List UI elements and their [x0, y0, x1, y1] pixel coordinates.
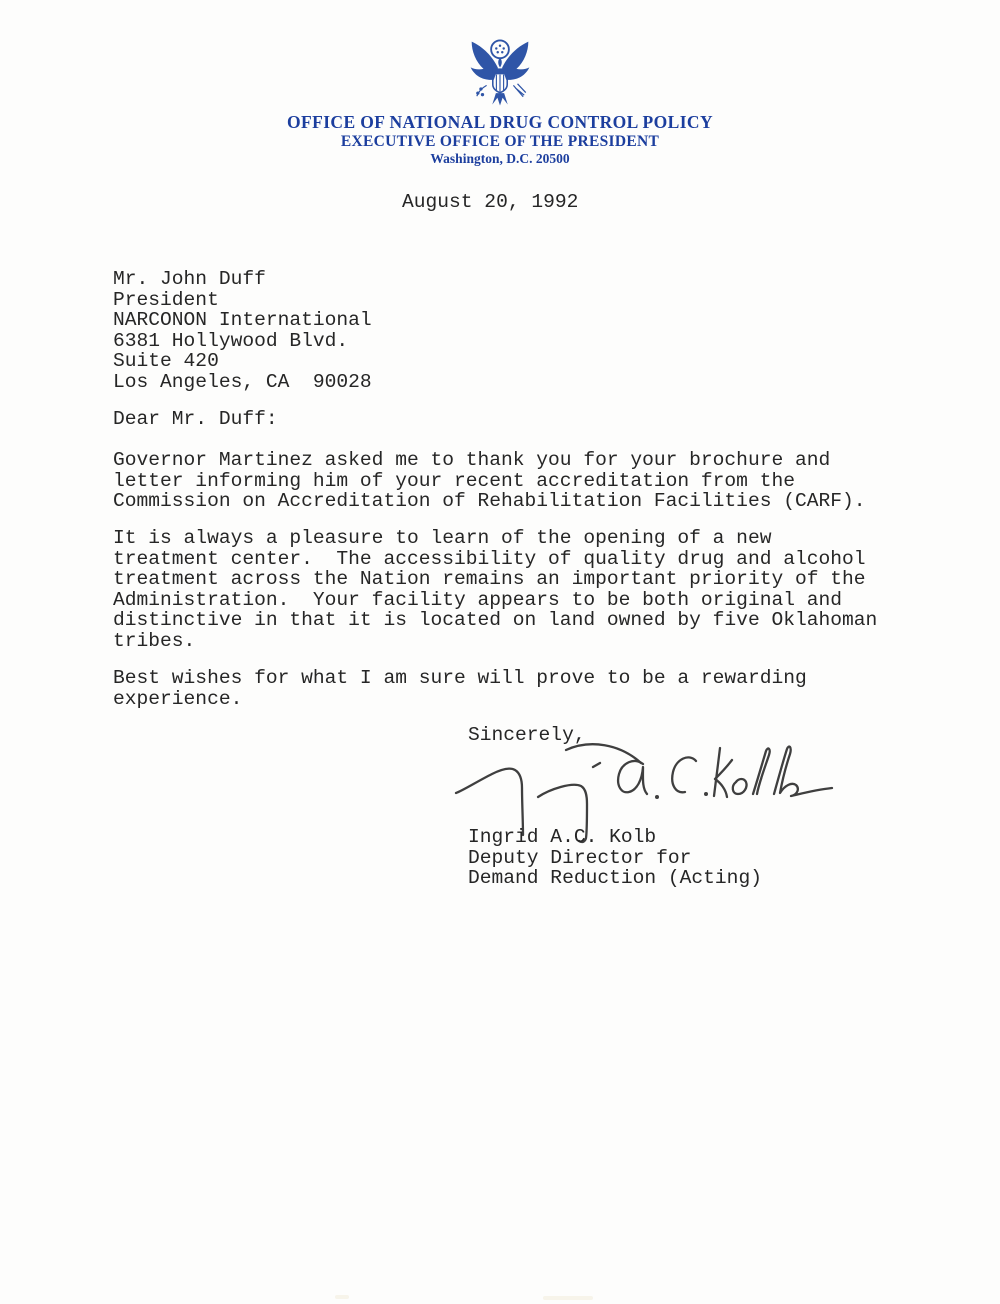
scan-artifact	[335, 1295, 349, 1299]
letterhead-agency: OFFICE OF NATIONAL DRUG CONTROL POLICY	[0, 112, 1000, 133]
body-paragraph-1: Governor Martinez asked me to thank you …	[113, 450, 913, 512]
recipient-name: Mr. John Duff	[113, 269, 372, 290]
signer-name: Ingrid A.C. Kolb	[468, 827, 762, 848]
salutation: Dear Mr. Duff:	[113, 409, 278, 430]
recipient-suite: Suite 420	[113, 351, 372, 372]
us-eagle-seal-icon	[466, 38, 534, 106]
letter-page: OFFICE OF NATIONAL DRUG CONTROL POLICY E…	[0, 0, 1000, 1304]
letter-date: August 20, 1992	[402, 192, 578, 213]
body-paragraph-3: Best wishes for what I am sure will prov…	[113, 668, 913, 709]
recipient-address-block: Mr. John Duff President NARCONON Interna…	[113, 269, 372, 392]
letterhead-office: EXECUTIVE OFFICE OF THE PRESIDENT	[0, 133, 1000, 151]
signature-block: Ingrid A.C. Kolb Deputy Director for Dem…	[468, 827, 762, 889]
signer-title-line-2: Demand Reduction (Acting)	[468, 868, 762, 889]
signer-title-line-1: Deputy Director for	[468, 848, 762, 869]
recipient-street: 6381 Hollywood Blvd.	[113, 331, 372, 352]
scan-artifact	[543, 1296, 593, 1300]
recipient-city-state-zip: Los Angeles, CA 90028	[113, 372, 372, 393]
recipient-organization: NARCONON International	[113, 310, 372, 331]
body-paragraph-2: It is always a pleasure to learn of the …	[113, 528, 913, 651]
recipient-title: President	[113, 290, 372, 311]
letterhead-city: Washington, D.C. 20500	[0, 151, 1000, 167]
